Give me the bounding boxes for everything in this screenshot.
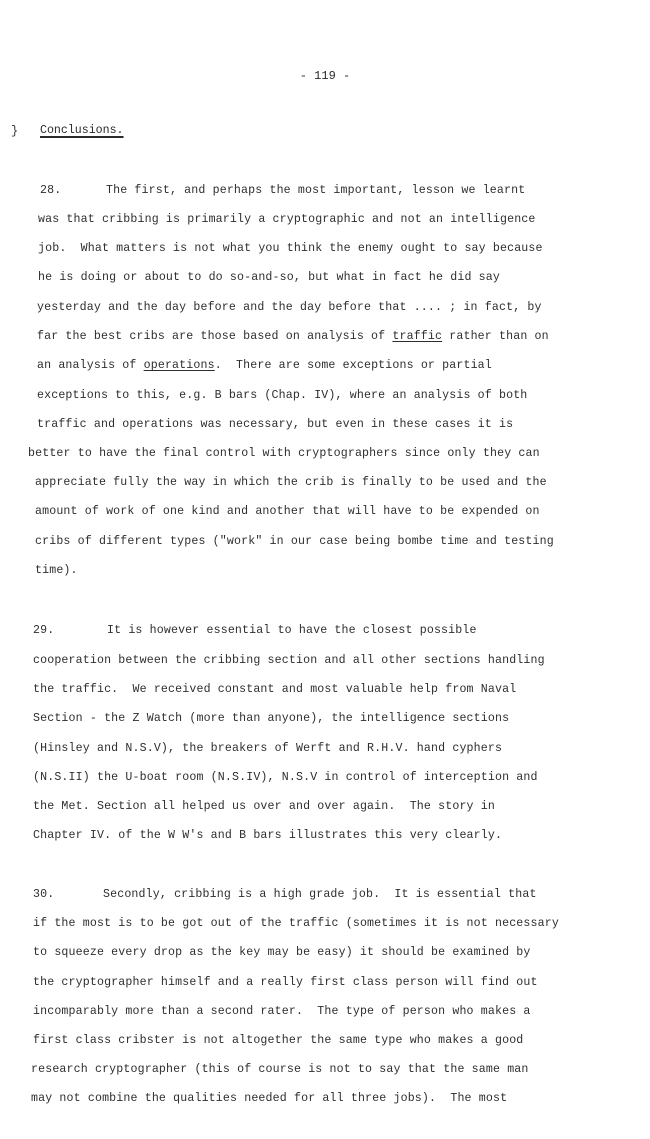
paragraph-line: may not combine the qualities needed for… — [31, 1092, 507, 1106]
line-text: The first, and perhaps the most importan… — [106, 184, 525, 197]
paragraph-line: to squeeze every drop as the key may be … — [33, 946, 531, 960]
paragraph-line: amount of work of one kind and another t… — [35, 505, 540, 519]
paragraph-line: (Hinsley and N.S.V), the breakers of Wer… — [33, 742, 502, 756]
paragraph-line: yesterday and the day before and the day… — [37, 301, 542, 315]
paragraph-line: the cryptographer himself and a really f… — [33, 976, 538, 990]
page-number: - 119 - — [0, 69, 650, 83]
underlined-operations: operations — [144, 359, 215, 372]
paragraph-line: he is doing or about to do so-and-so, bu… — [38, 271, 500, 285]
paragraph-line: first class cribster is not altogether t… — [33, 1034, 523, 1048]
paragraph-line: the Met. Section all helped us over and … — [33, 800, 495, 814]
section-heading: Conclusions. — [40, 124, 124, 138]
paragraph-line: research cryptographer (this of course i… — [31, 1063, 529, 1077]
paragraph-line: far the best cribs are those based on an… — [37, 330, 549, 344]
paragraph-line: 28.The first, and perhaps the most impor… — [40, 184, 525, 198]
paragraph-line: traffic and operations was necessary, bu… — [37, 418, 513, 432]
paragraph-line: cribs of different types ("work" in our … — [35, 535, 554, 549]
paragraph-line: 29.It is however essential to have the c… — [33, 624, 477, 638]
line-text: . There are some exceptions or partial — [215, 359, 492, 372]
paragraph-line: Section - the Z Watch (more than anyone)… — [33, 712, 509, 726]
paragraph-line: 30.Secondly, cribbing is a high grade jo… — [33, 888, 537, 902]
line-text: rather than on — [442, 330, 549, 343]
line-text: an analysis of — [37, 359, 144, 372]
paragraph-line: job. What matters is not what you think … — [38, 242, 543, 256]
paragraph-line: if the most is to be got out of the traf… — [33, 917, 559, 931]
paragraph-line: better to have the final control with cr… — [28, 447, 540, 461]
paragraph-line: exceptions to this, e.g. B bars (Chap. I… — [37, 389, 527, 403]
line-text: Secondly, cribbing is a high grade job. … — [103, 888, 537, 901]
paragraph-line: was that cribbing is primarily a cryptog… — [38, 213, 536, 227]
paragraph-line: (N.S.II) the U-boat room (N.S.IV), N.S.V… — [33, 771, 538, 785]
paragraph-line: appreciate fully the way in which the cr… — [35, 476, 547, 490]
paragraph-line: the traffic. We received constant and mo… — [33, 683, 516, 697]
paragraph-line: cooperation between the cribbing section… — [33, 654, 545, 668]
line-text: It is however essential to have the clos… — [107, 624, 477, 637]
paragraph-line: incomparably more than a second rater. T… — [33, 1005, 531, 1019]
paragraph-number: 28. — [40, 184, 106, 198]
margin-bracket-mark: } — [11, 124, 18, 138]
paragraph-line: Chapter IV. of the W W's and B bars illu… — [33, 829, 502, 843]
document-page: - 119 - } Conclusions. 28.The first, and… — [0, 0, 650, 1139]
underlined-traffic: traffic — [392, 330, 442, 343]
paragraph-line: time). — [35, 564, 78, 578]
paragraph-line: an analysis of operations. There are som… — [37, 359, 492, 373]
line-text: far the best cribs are those based on an… — [37, 330, 392, 343]
paragraph-number: 29. — [33, 624, 107, 638]
paragraph-number: 30. — [33, 888, 103, 902]
